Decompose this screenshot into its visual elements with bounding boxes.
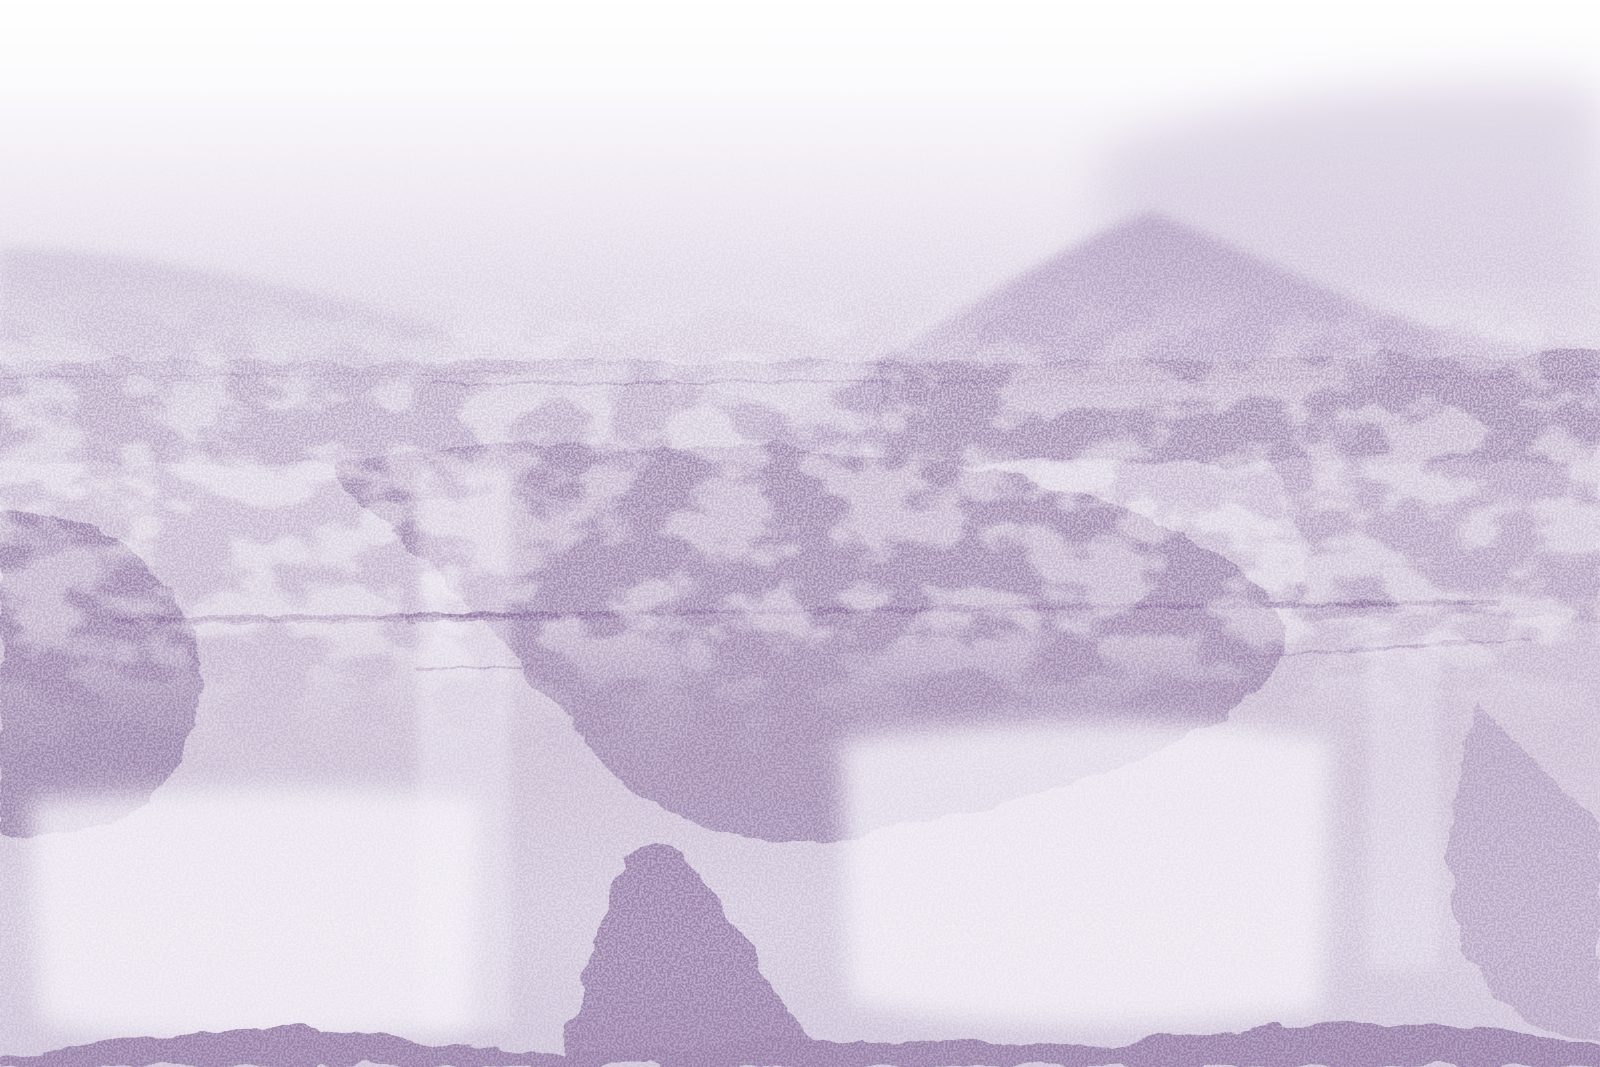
artwork-canvas <box>0 0 1600 1067</box>
abstract-monotype-painting <box>0 0 1600 1067</box>
white-speckle-grain <box>0 0 1600 1067</box>
